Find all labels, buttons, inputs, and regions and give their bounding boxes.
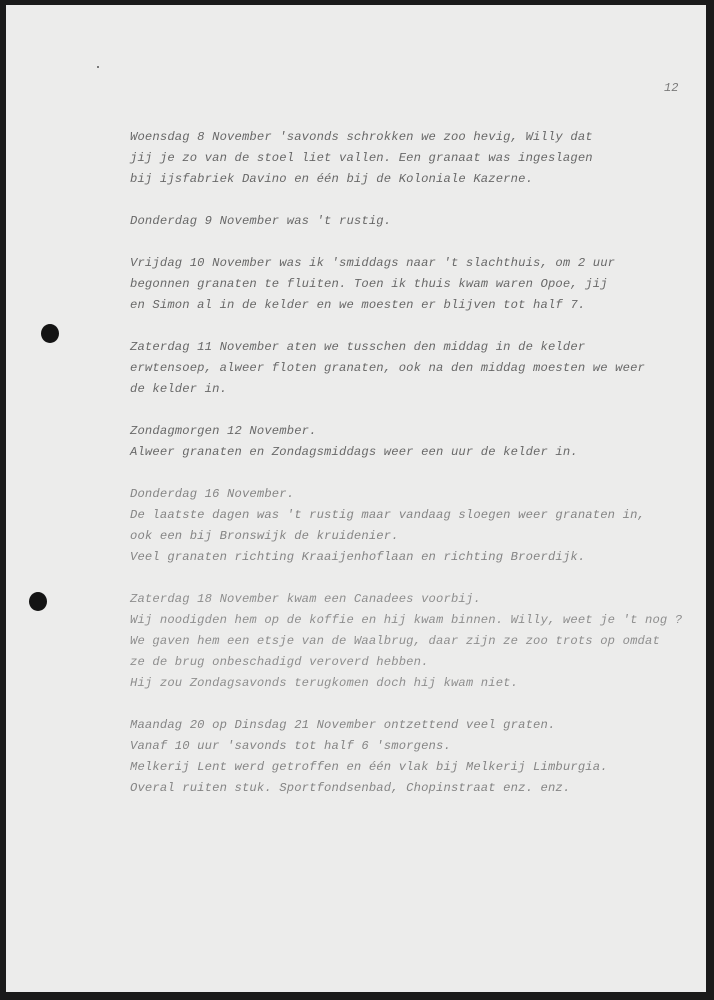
diary-entries: Woensdag 8 November 'savonds schrokken w… <box>130 127 682 820</box>
text-line: begonnen granaten te fluiten. Toen ik th… <box>130 274 682 295</box>
diary-entry-8-nov: Woensdag 8 November 'savonds schrokken w… <box>130 127 682 190</box>
text-line: Melkerij Lent werd getroffen en één vlak… <box>130 757 682 778</box>
text-line: Alweer granaten en Zondagsmiddags weer e… <box>130 442 682 463</box>
text-line: Hij zou Zondagsavonds terugkomen doch hi… <box>130 673 682 694</box>
text-line: Overal ruiten stuk. Sportfondsenbad, Cho… <box>130 778 682 799</box>
text-line: erwtensoep, alweer floten granaten, ook … <box>130 358 682 379</box>
punch-hole-icon <box>41 324 59 343</box>
diary-entry-20-21-nov: Maandag 20 op Dinsdag 21 November ontzet… <box>130 715 682 799</box>
page-number: 12 <box>664 81 678 95</box>
diary-entry-12-nov: Zondagmorgen 12 November. Alweer granate… <box>130 421 682 463</box>
text-line: Zaterdag 11 November aten we tusschen de… <box>130 337 682 358</box>
text-line: jij je zo van de stoel liet vallen. Een … <box>130 148 682 169</box>
diary-entry-9-nov: Donderdag 9 November was 't rustig. <box>130 211 682 232</box>
text-line: Donderdag 16 November. <box>130 484 682 505</box>
text-line: Donderdag 9 November was 't rustig. <box>130 211 682 232</box>
punch-hole-icon <box>29 592 47 611</box>
text-line: ook een bij Bronswijk de kruidenier. <box>130 526 682 547</box>
text-line: ze de brug onbeschadigd veroverd hebben. <box>130 652 682 673</box>
text-line: Vanaf 10 uur 'savonds tot half 6 'smorge… <box>130 736 682 757</box>
text-line: Maandag 20 op Dinsdag 21 November ontzet… <box>130 715 682 736</box>
text-line: Wij noodigden hem op de koffie en hij kw… <box>130 610 682 631</box>
text-line: de kelder in. <box>130 379 682 400</box>
text-line: De laatste dagen was 't rustig maar vand… <box>130 505 682 526</box>
text-line: We gaven hem een etsje van de Waalbrug, … <box>130 631 682 652</box>
text-line: bij ijsfabriek Davino en één bij de Kolo… <box>130 169 682 190</box>
text-line: Woensdag 8 November 'savonds schrokken w… <box>130 127 682 148</box>
diary-entry-18-nov: Zaterdag 18 November kwam een Canadees v… <box>130 589 682 694</box>
diary-entry-11-nov: Zaterdag 11 November aten we tusschen de… <box>130 337 682 400</box>
text-line: en Simon al in de kelder en we moesten e… <box>130 295 682 316</box>
diary-entry-10-nov: Vrijdag 10 November was ik 'smiddags naa… <box>130 253 682 316</box>
text-line: Zaterdag 18 November kwam een Canadees v… <box>130 589 682 610</box>
dust-speck <box>97 66 99 68</box>
text-line: Veel granaten richting Kraaijenhoflaan e… <box>130 547 682 568</box>
text-line: Vrijdag 10 November was ik 'smiddags naa… <box>130 253 682 274</box>
text-line: Zondagmorgen 12 November. <box>130 421 682 442</box>
diary-entry-16-nov: Donderdag 16 November. De laatste dagen … <box>130 484 682 568</box>
